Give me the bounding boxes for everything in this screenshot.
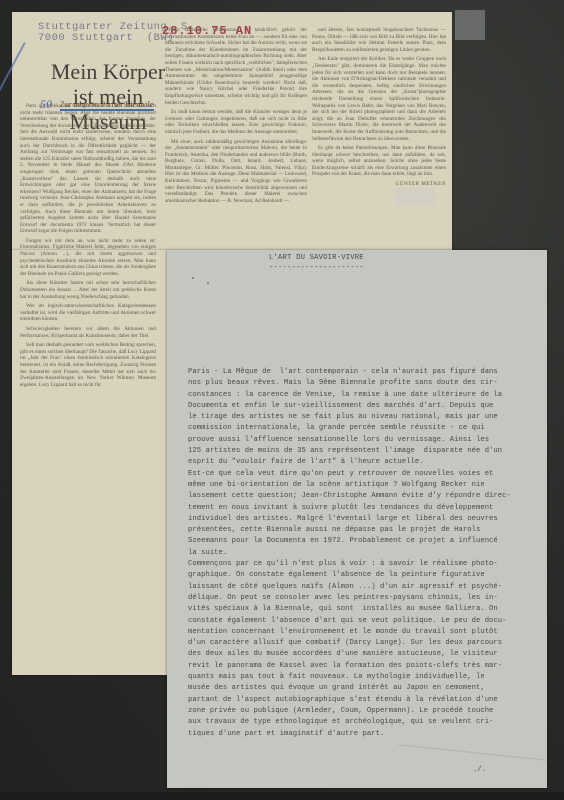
tape-strip [395,188,435,206]
speck [192,277,194,279]
typed-line: tement en nous invitant à suivre plutôt … [188,503,533,514]
article-column-2: eine statistische Eingrenzung — tatsächl… [165,27,307,247]
typed-translation-page: L'ART DU SAVOIR-VIVRE ------------------… [167,250,547,788]
article-paragraph: und älteren, fast konzeptuell hingehauch… [312,27,446,53]
article-paragraph: Schwierigkeiten bereiten vor allem die A… [20,326,156,339]
article-paragraph: Als diese Künstler hatten mit schon sehr… [20,280,156,300]
typed-line: délique. On peut se consoler avec les pe… [188,593,533,604]
article-paragraph: Es gibt da keine Patentlösungen. Man kan… [312,145,446,178]
article-paragraph: Wer im logisch-naturwissenschaftlichen K… [20,303,156,323]
typed-line: Szeemanns pour la Documenta en 1972. Pro… [188,536,533,547]
article-paragraph: Soll man deshalb gesondert vom weibliche… [20,342,156,388]
typed-line: individuel des artistes. Malgré l'éventa… [188,514,533,525]
typed-line: aux travaux de type ethnologique et arch… [188,717,533,728]
typed-line: esprit du "vouloir faire de l'art" à l'h… [188,457,533,468]
typed-line: des deux ailes du musée accordées d'une … [188,649,533,660]
typed-title: L'ART DU SAVOIR-VIVRE [269,254,364,262]
typed-line: musée des artistes qui évoque un grand i… [188,683,533,694]
typed-line: d'un caractère allusif que combatif (Dar… [188,638,533,649]
article-paragraph: Paris als Mekka der heutigen Kunst — das… [20,103,156,235]
article-paragraph: Am Ende resigniert der Kritiker. Da es w… [312,56,446,142]
typed-line: commission internationale, la grande per… [188,423,533,434]
speck [207,282,209,284]
pencil-smudge [396,744,547,781]
typed-line: mentation concernant l'environnement et … [188,627,533,638]
typed-body: Paris - La Mêque de l'art contemporain -… [188,367,533,740]
typed-line: quants mais pas tout à fait nouveaux. La… [188,672,533,683]
typed-line: revit le panorama de Kassel avec la form… [188,661,533,672]
typed-line: nos plus beaux rêves. Mais la 9ème Bienn… [188,378,533,389]
typed-line: constate également l'absence d'art qui s… [188,616,533,627]
typed-line: même une bi-orientation de la scène arti… [188,480,533,491]
typed-line: 125 artistes de moins de 35 ans représen… [188,446,533,457]
stamp-city: 7000 Stuttgart (BW) [38,32,174,44]
title-underline: --------------------- [269,264,364,272]
typed-line: le tirage des artistes ne se fait plus a… [188,412,533,423]
article-paragraph: Mit einer, auch zahlenmäßig gewichtigen … [165,139,307,205]
typed-line: partant de l'aspect autobiographique s'e… [188,695,533,706]
typed-line: Commençons par ce qu'il n'est plus à voi… [188,559,533,570]
typed-line: vités spéciaux à la Biennale, qui sont i… [188,604,533,615]
page-end-mark: ./. [473,766,486,774]
article-paragraph: eine statistische Eingrenzung — tatsächl… [165,27,307,106]
typed-line: Paris - La Mêque de l'art contemporain -… [188,367,533,378]
article-paragraph: Fangen wir mit dem an, was nicht mehr zu… [20,238,156,278]
typed-line: laissant de côté quelques naïfs (Almon .… [188,582,533,593]
typed-line: zone privée ou publique (Armleder, Coum,… [188,706,533,717]
typed-line: la suite. [188,548,533,559]
typed-line: tiques d'une part et imaginatif d'autre … [188,729,533,740]
typed-line: prouve aussi l'affluence sensationnelle … [188,435,533,446]
article-column-1: Paris als Mekka der heutigen Kunst — das… [20,103,156,668]
tape-strip [455,10,485,40]
article-column-3: und älteren, fast konzeptuell hingehauch… [312,27,446,247]
article-paragraph: Es muß kaum betont werden, daß die Künst… [165,109,307,135]
frame-bottom-edge [0,792,564,800]
typed-line: Documenta et enfin le sur-vieillissement… [188,401,533,412]
author-signature: GÜNTER METKEN [312,181,446,188]
typed-line: Est-ce que cela veut dire qu'on peut y r… [188,469,533,480]
typed-line: constances : la carence de Venise, la re… [188,390,533,401]
typed-line: présentées, cette Biennale aussi ne dépa… [188,525,533,536]
typed-line: graphique. On constate également l'absen… [188,570,533,581]
typed-line: lassement cette question; Jean-Christoph… [188,491,533,502]
